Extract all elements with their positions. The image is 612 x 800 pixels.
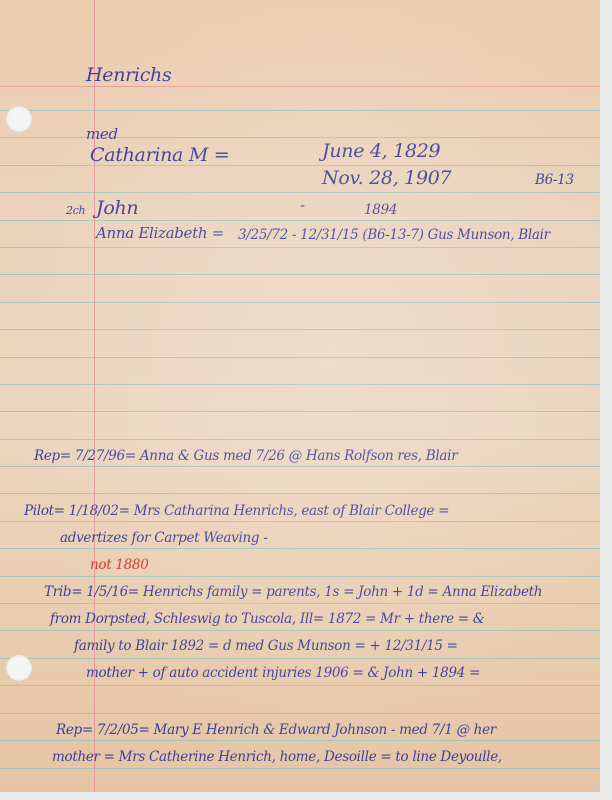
- rule-line: [0, 576, 600, 577]
- rule-line: [0, 603, 600, 604]
- note-trib-line-2: from Dorpsted, Schleswig to Tuscola, Ill…: [50, 611, 485, 627]
- note-trib-line-4: mother + of auto accident injuries 1906 …: [86, 665, 480, 681]
- rule-line: [0, 411, 600, 412]
- rule-line: [0, 247, 600, 248]
- child-anna-name: Anna Elizabeth =: [96, 224, 224, 242]
- rule-line: [0, 713, 600, 714]
- spouse-name: Catharina M =: [90, 144, 229, 166]
- surname-heading: Henrichs: [86, 64, 171, 86]
- rule-line: [0, 329, 600, 330]
- notebook-page: Henrichs med Catharina M = June 4, 1829 …: [0, 0, 600, 792]
- rule-line: [0, 439, 600, 440]
- rule-line: [0, 110, 600, 111]
- child-john-dash: -: [300, 196, 305, 214]
- note-rep-1905-line-2: mother = Mrs Catherine Henrich, home, De…: [52, 749, 502, 765]
- child-anna-details: 3/25/72 - 12/31/15 (B6-13-7) Gus Munson,…: [238, 227, 550, 243]
- note-trib-line-1: Trib= 1/5/16= Henrichs family = parents,…: [44, 584, 542, 600]
- punch-hole-top: [6, 106, 32, 132]
- rule-line: [0, 384, 600, 385]
- rule-line: [0, 302, 600, 303]
- children-count: 2ch: [66, 204, 85, 217]
- married-label: med: [86, 125, 118, 143]
- rule-line: [0, 630, 600, 631]
- rule-line: [0, 521, 600, 522]
- child-john-name: John: [96, 197, 138, 219]
- note-rep-1896: Rep= 7/27/96= Anna & Gus med 7/26 @ Hans…: [34, 448, 457, 464]
- death-date: Nov. 28, 1907: [322, 167, 451, 189]
- rule-line: [0, 274, 600, 275]
- punch-hole-bottom: [6, 655, 32, 681]
- top-red-rule: [0, 86, 600, 87]
- child-john-death: 1894: [364, 202, 397, 218]
- birth-date: June 4, 1829: [322, 140, 440, 162]
- rule-line: [0, 357, 600, 358]
- rule-line: [0, 192, 600, 193]
- rule-line: [0, 548, 600, 549]
- rule-line: [0, 658, 600, 659]
- note-trib-line-3: family to Blair 1892 = d med Gus Munson …: [74, 638, 458, 654]
- red-annotation: not 1880: [90, 557, 149, 573]
- rule-line: [0, 493, 600, 494]
- rule-line: [0, 768, 600, 769]
- rule-line: [0, 220, 600, 221]
- rule-line: [0, 685, 600, 686]
- reference-code: B6-13: [535, 172, 574, 188]
- rule-line: [0, 466, 600, 467]
- rule-line: [0, 740, 600, 741]
- note-pilot-line-2: advertizes for Carpet Weaving -: [60, 530, 268, 546]
- note-pilot-line-1: Pilot= 1/18/02= Mrs Catharina Henrichs, …: [24, 503, 449, 519]
- note-rep-1905-line-1: Rep= 7/2/05= Mary E Henrich & Edward Joh…: [56, 722, 496, 738]
